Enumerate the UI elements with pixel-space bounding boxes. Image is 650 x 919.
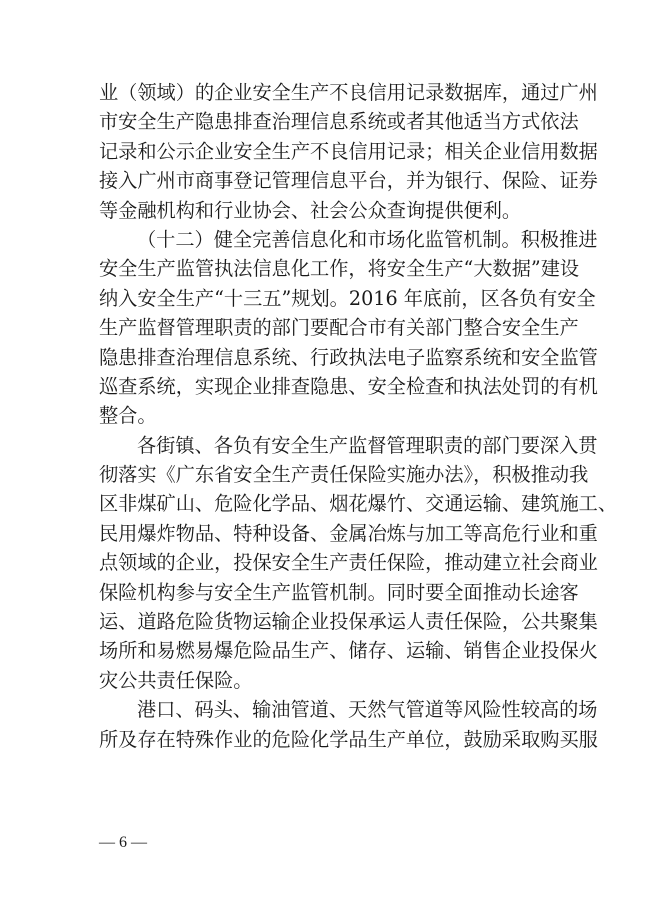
text-line: 接入广州市商事登记管理信息平台，并为银行、保险、证券 — [99, 166, 555, 195]
text-line: 各街镇、各负有安全生产监督管理职责的部门要深入贯 — [99, 431, 555, 460]
text-line: 业（领域）的企业安全生产不良信用记录数据库，通过广州 — [99, 78, 555, 107]
document-body: 业（领域）的企业安全生产不良信用记录数据库，通过广州 市安全生产隐患排查治理信息… — [99, 78, 555, 754]
paragraph-section-12: （十二）健全完善信息化和市场化监管机制。积极推进 安全生产监管执法信息化工作，将… — [99, 225, 555, 431]
text-line: 区非煤矿山、危险化学品、烟花爆竹、交通运输、建筑施工、 — [99, 489, 555, 518]
text-line: 生产监督管理职责的部门要配合市有关部门整合安全生产 — [99, 313, 555, 342]
text-line: 民用爆炸物品、特种设备、金属冶炼与加工等高危行业和重 — [99, 519, 555, 548]
paragraph: 各街镇、各负有安全生产监督管理职责的部门要深入贯 彻落实《广东省安全生产责任保险… — [99, 431, 555, 696]
text-line: 彻落实《广东省安全生产责任保险实施办法》，积极推动我 — [99, 460, 555, 489]
text-line: 整合。 — [99, 401, 555, 430]
text-line: 港口、码头、输油管道、天然气管道等风险性较高的场 — [99, 695, 555, 724]
text-line: 灾公共责任保险。 — [99, 666, 555, 695]
text-line: 隐患排查治理信息系统、行政执法电子监察系统和安全监管 — [99, 343, 555, 372]
text-line: 纳入安全生产“十三五”规划。2016 年底前，区各负有安全 — [99, 284, 555, 313]
text-line: 巡查系统，实现企业排查隐患、安全检查和执法处罚的有机 — [99, 372, 555, 401]
text-line: 市安全生产隐患排查治理信息系统或者其他适当方式依法 — [99, 107, 555, 136]
text-line: 等金融机构和行业协会、社会公众查询提供便利。 — [99, 196, 555, 225]
paragraph: 业（领域）的企业安全生产不良信用记录数据库，通过广州 市安全生产隐患排查治理信息… — [99, 78, 555, 225]
text-line: 运、道路危险货物运输企业投保承运人责任保险，公共聚集 — [99, 607, 555, 636]
text-line: 点领域的企业，投保安全生产责任保险，推动建立社会商业 — [99, 548, 555, 577]
paragraph: 港口、码头、输油管道、天然气管道等风险性较高的场 所及存在特殊作业的危险化学品生… — [99, 695, 555, 754]
text-line: 安全生产监管执法信息化工作，将安全生产“大数据”建设 — [99, 254, 555, 283]
text-line: 场所和易燃易爆危险品生产、储存、运输、销售企业投保火 — [99, 636, 555, 665]
text-line: 记录和公示企业安全生产不良信用记录；相关企业信用数据 — [99, 137, 555, 166]
text-line: 所及存在特殊作业的危险化学品生产单位，鼓励采取购买服 — [99, 725, 555, 754]
section-heading-line: （十二）健全完善信息化和市场化监管机制。积极推进 — [99, 225, 555, 254]
page-number: — 6 — — [99, 833, 147, 853]
text-line: 保险机构参与安全生产监管机制。同时要全面推动长途客 — [99, 578, 555, 607]
